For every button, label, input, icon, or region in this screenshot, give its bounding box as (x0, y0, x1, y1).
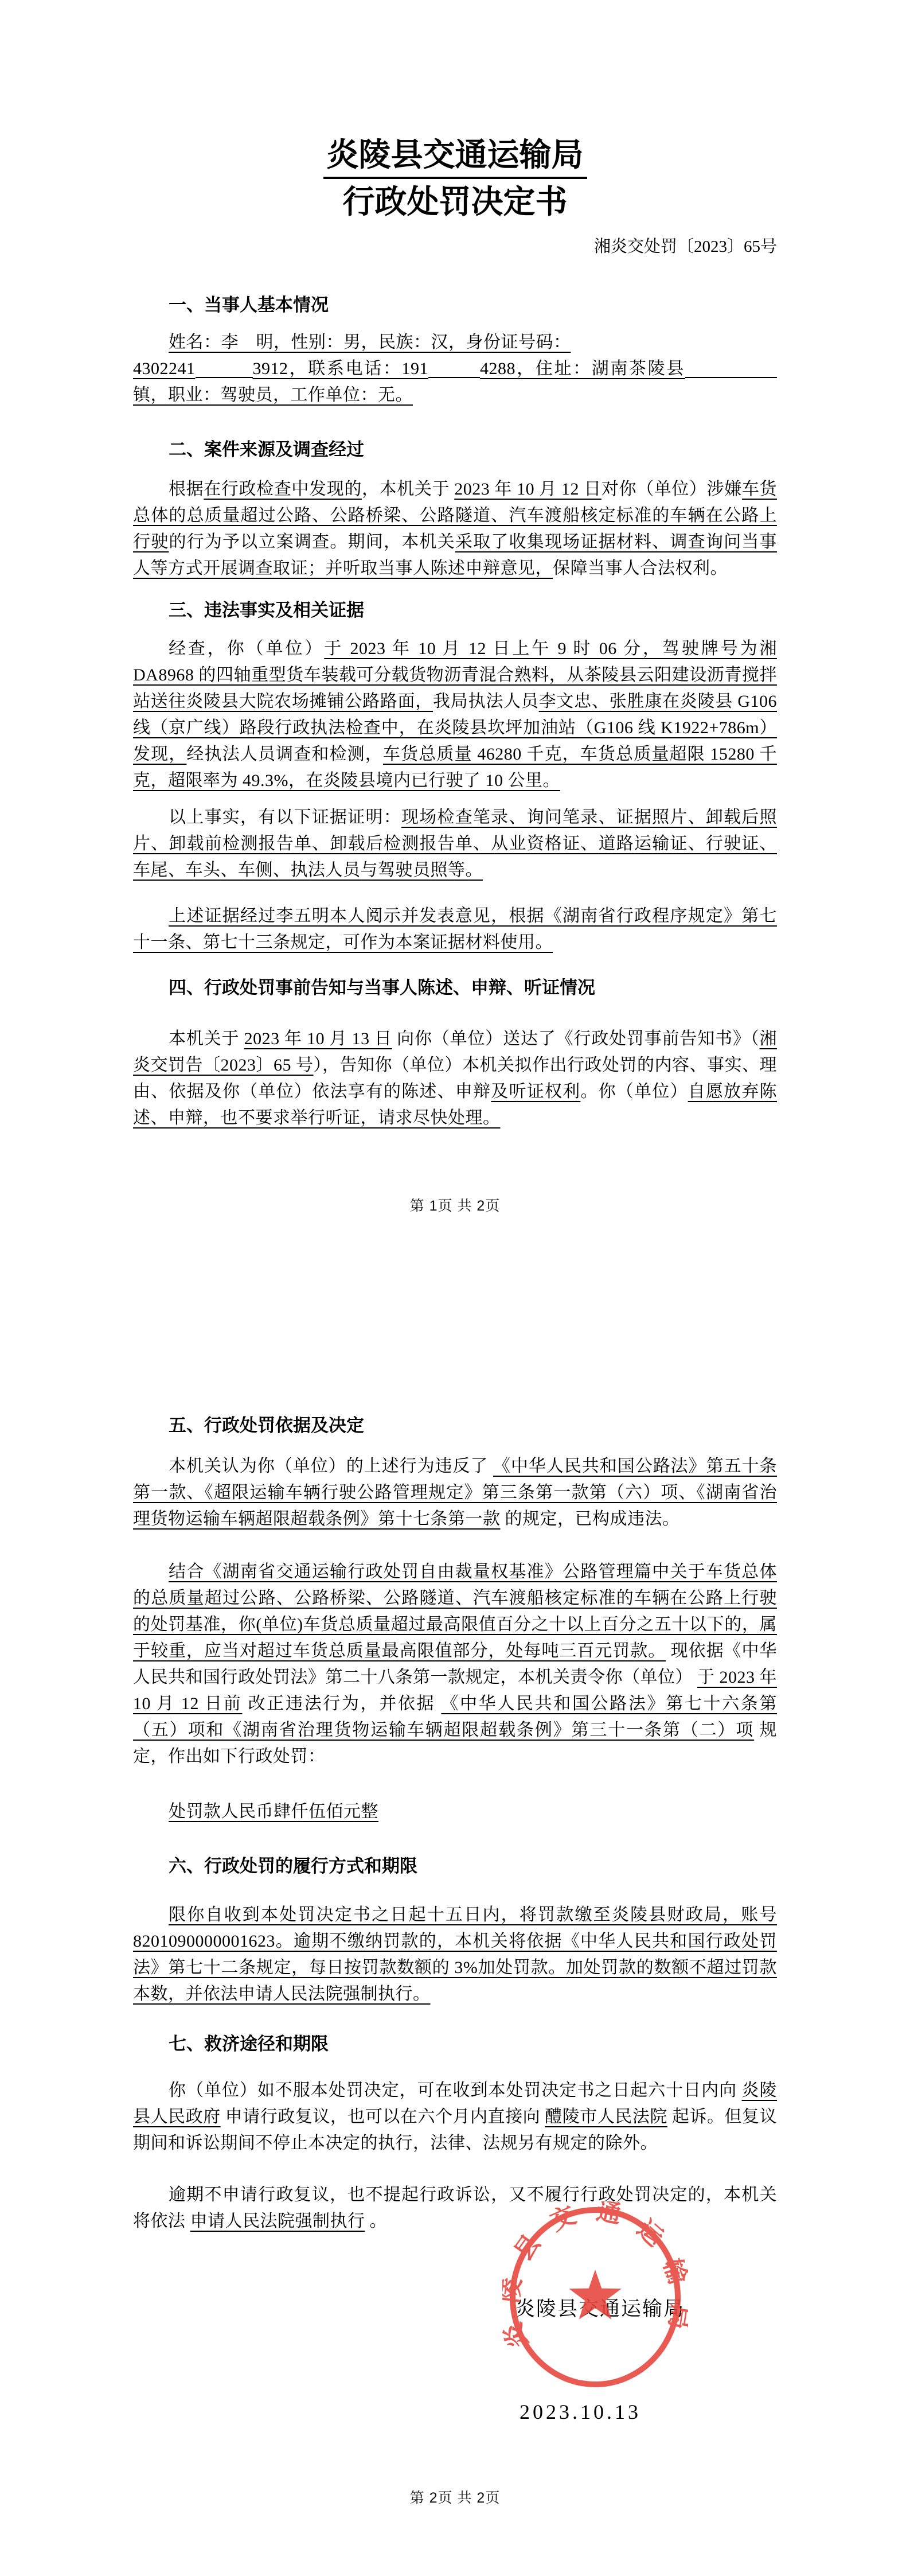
static-text: 本机关于 (169, 1029, 244, 1048)
redacted-blank (196, 361, 253, 378)
filled-blank-text: 镇，职业：驾驶员，工作单位：无。 (133, 386, 413, 404)
filled-blank-text: 上述证据经过李五明本人阅示并发表意见，根据《湖南省行政程序规定》第七十一条、第七… (133, 906, 777, 952)
party-info-paragraph: 姓名：李 明，性别：男，民族：汉，身份证号码：43022413912，联系电话：… (133, 329, 777, 408)
static-text: 的规定，已构成违法。 (501, 1509, 680, 1528)
filled-blank-text: 3912，联系电话：191 (253, 359, 429, 378)
filled-blank-text: 醴陵市人民法院 (545, 2107, 667, 2126)
redacted-blank (428, 361, 480, 378)
document-number: 湘炎交处罚〔2023〕65号 (133, 236, 777, 257)
static-text: 改正违法行为，并依据 (242, 1694, 441, 1713)
filled-blank-text: 4288，住址：湖南茶陵县 (480, 359, 685, 378)
case-source-paragraph: 根据在行政检查中发现的，本机关于 2023 年 10 月 12 日对你（单位）涉… (133, 476, 777, 582)
payment-terms-paragraph: 限你自收到本处罚决定书之日起十五日内，将罚款缴至炎陵县财政局，账号 820109… (133, 1902, 777, 2007)
static-text: 的行为予以立案调查。期间，本机关 (169, 532, 455, 551)
decision-date: 2023.10.13 (520, 2400, 641, 2424)
section-6-heading: 六、行政处罚的履行方式和期限 (133, 1855, 777, 1878)
remedy-paragraph: 你（单位）如不服本处罚决定，可在收到本处罚决定书之日起六十日内向 炎陵县人民政府… (133, 2077, 777, 2157)
static-text: 本机关认为你（单位）的上述行为违反了 (169, 1457, 493, 1476)
section-7-heading: 七、救济途径和期限 (133, 2033, 777, 2056)
static-text: 向你（单位）送达了《行政处罚事前告知书》（ (392, 1029, 760, 1048)
static-text: ，本机关于 (362, 480, 454, 499)
filled-blank-text: 姓名：李 明，性别：男，民族：汉，身份证号码： (169, 333, 571, 352)
filled-blank-text: 在行政检查中发现的 (204, 480, 362, 499)
static-text: 。你（单位） (580, 1082, 688, 1101)
static-text: 申请行政复议，也可以在六个月内直接向 (221, 2107, 545, 2126)
filled-blank-text: 4302241 (133, 359, 196, 378)
section-5-heading: 五、行政处罚依据及决定 (133, 1414, 777, 1437)
static-text: 你（单位）如不服本处罚决定，可在收到本处罚决定书之日起六十日内向 (169, 2081, 742, 2100)
document-type-title: 行政处罚决定书 (133, 184, 777, 221)
filled-blank-text: 处罚款人民币肆仟伍佰元整 (169, 1802, 378, 1821)
page-1: 炎陵县交通运输局 行政处罚决定书 湘炎交处罚〔2023〕65号 一、当事人基本情… (0, 0, 910, 1288)
filled-blank-text: 申请人民法院强制执行 (190, 2212, 365, 2231)
static-text: 根据 (169, 480, 204, 499)
agency-title: 炎陵县交通运输局 (133, 137, 777, 174)
filled-blank-text: 2023 年 10 月 13 日 (244, 1029, 392, 1048)
evidence-list-paragraph: 以上事实，有以下证据证明：现场检查笔录、询问笔录、证据照片、卸载后照片、卸载前检… (133, 804, 777, 884)
star-icon (569, 2270, 621, 2320)
filled-blank-text: 限你自收到本处罚决定书之日起十五日内，将罚款缴至炎陵县财政局，账号 820109… (133, 1905, 777, 2003)
static-text: 我局执法人员 (433, 692, 539, 711)
violation-facts-paragraph: 经查，你（单位）于 2023 年 10 月 12 日上午 9 时 06 分，驾驶… (133, 636, 777, 794)
penalty-decision-document: 炎陵县交通运输局 行政处罚决定书 湘炎交处罚〔2023〕65号 一、当事人基本情… (0, 0, 910, 2576)
section-1-heading: 一、当事人基本情况 (133, 294, 777, 317)
evidence-review-paragraph: 上述证据经过李五明本人阅示并发表意见，根据《湖南省行政程序规定》第七十一条、第七… (133, 903, 777, 956)
static-text: 经查，你（单位） (169, 639, 324, 658)
filled-blank-text: 2023 年 10 月 12 日 (454, 480, 602, 499)
agency-title-text: 炎陵县交通运输局 (323, 138, 587, 179)
section-2-heading: 二、案件来源及调查经过 (133, 438, 777, 461)
static-text: 保障当事人合法权利。 (553, 559, 728, 578)
page-1-footer: 第 1页 共 2页 (0, 1194, 910, 1215)
section-3-heading: 三、违法事实及相关证据 (133, 599, 777, 622)
section-4-heading: 四、行政处罚事前告知与当事人陈述、申辩、听证情况 (133, 976, 777, 999)
discretion-basis-paragraph: 结合《湖南省交通运输行政处罚自由裁量权基准》公路管理篇中关于车货总体的总质量超过… (133, 1559, 777, 1770)
filled-blank-text: 及听证权利 (491, 1082, 580, 1101)
static-text: 。 (365, 2212, 388, 2231)
redacted-blank (685, 361, 777, 378)
penalty-amount-line: 处罚款人民币肆仟伍佰元整 (133, 1799, 777, 1825)
official-seal: 炎陵县交通运输局 (502, 2201, 688, 2393)
page-2: 五、行政处罚依据及决定 本机关认为你（单位）的上述行为违反了 《中华人民共和国公… (0, 1288, 910, 2576)
static-text: 对你（单位）涉嫌 (602, 480, 742, 499)
static-text: 经执法人员调查和检测， (186, 745, 383, 764)
static-text: 以上事实，有以下证据证明： (169, 808, 401, 827)
page-2-footer: 第 2页 共 2页 (0, 2486, 910, 2507)
legal-basis-paragraph: 本机关认为你（单位）的上述行为违反了 《中华人民共和国公路法》第五十条第一款、《… (133, 1453, 777, 1532)
prior-notice-paragraph: 本机关于 2023 年 10 月 13 日 向你（单位）送达了《行政处罚事前告知… (133, 1026, 777, 1131)
